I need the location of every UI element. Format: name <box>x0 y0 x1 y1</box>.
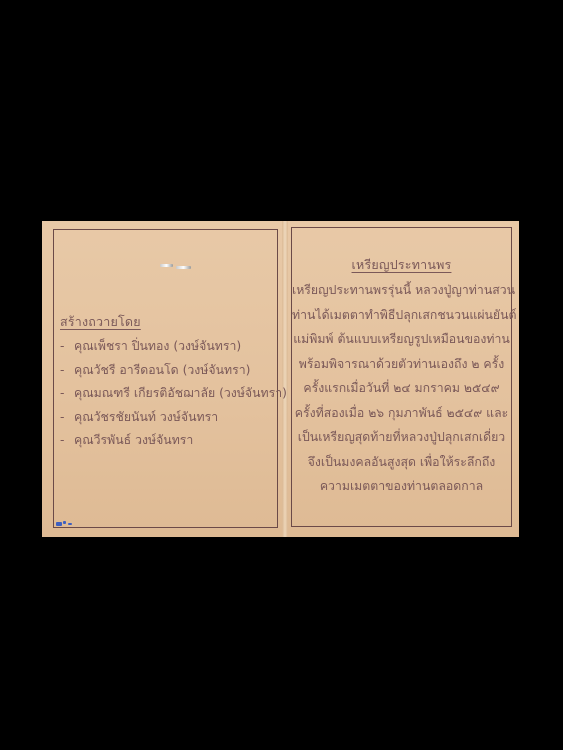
donor-item: -คุณมณฑรี เกียรติอัชฌาลัย (วงษ์จันทรา) <box>60 382 287 406</box>
blessing-text: เหรียญประทานพรรุ่นนี้ หลวงปู่ญาท่านสวน ท… <box>292 278 511 499</box>
text-line: ครั้งที่สองเมื่อ ๒๖ กุมภาพันธ์ ๒๕๔๙ และ <box>292 401 511 426</box>
ink-stain <box>63 521 66 524</box>
donor-item: -คุณวีรพันธ์ วงษ์จันทรา <box>60 429 287 453</box>
text-line: เหรียญประทานพรรุ่นนี้ หลวงปู่ญาท่านสวน <box>292 278 511 303</box>
text-line: ท่านได้เมตตาทำพิธีปลุกเสกชนวนแผ่นยันต์ <box>292 303 511 328</box>
left-panel: สร้างถวายโดย -คุณเพ็ชรา ปิ่นทอง (วงษ์จัน… <box>53 229 278 528</box>
text-line: เป็นเหรียญสุดท้ายที่หลวงปู่ปลุกเสกเดี่ยว <box>292 425 511 450</box>
text-line: จึงเป็นมงคลอันสูงสุด เพื่อให้ระลึกถึง <box>292 450 511 475</box>
donor-item: -คุณวัชรชัยนันท์ วงษ์จันทรา <box>60 406 287 430</box>
text-line: ครั้งแรกเมื่อวันที่ ๒๔ มกราคม ๒๕๔๙ <box>292 376 511 401</box>
folded-card: สร้างถวายโดย -คุณเพ็ชรา ปิ่นทอง (วงษ์จัน… <box>42 221 519 537</box>
ink-stain <box>56 522 62 526</box>
donor-item: -คุณเพ็ชรา ปิ่นทอง (วงษ์จันทรา) <box>60 335 287 359</box>
text-line: พร้อมพิจารณาด้วยตัวท่านเองถึง ๒ ครั้ง <box>292 352 511 377</box>
text-line: ความเมตตาของท่านตลอดกาล <box>292 474 511 499</box>
foil-mark <box>176 266 191 269</box>
donors-heading: สร้างถวายโดย <box>60 312 141 332</box>
donor-list: -คุณเพ็ชรา ปิ่นทอง (วงษ์จันทรา) -คุณวัชร… <box>60 335 287 453</box>
donor-item: -คุณวัชรี อารีดอนโด (วงษ์จันทรา) <box>60 359 287 383</box>
ink-stain <box>68 523 72 525</box>
blessing-heading: เหรียญประทานพร <box>292 255 511 275</box>
foil-mark <box>160 264 173 267</box>
right-panel: เหรียญประทานพร เหรียญประทานพรรุ่นนี้ หลว… <box>291 227 512 527</box>
text-line: แม่พิมพ์ ต้นแบบเหรียญรูปเหมือนของท่าน <box>292 327 511 352</box>
